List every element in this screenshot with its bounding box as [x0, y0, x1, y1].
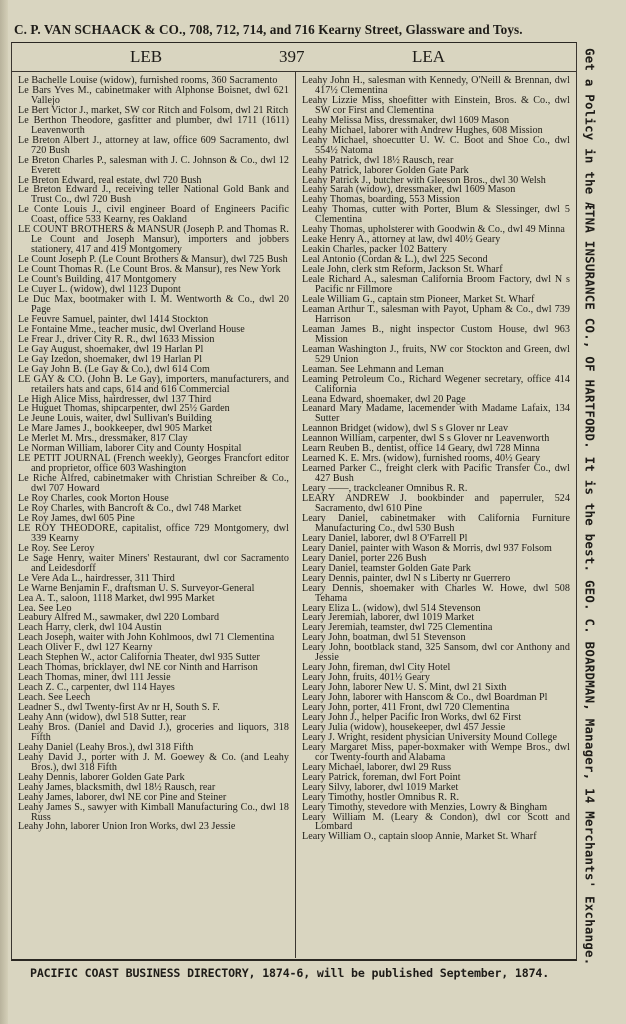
- directory-entry: Leaming Petroleum Co., Richard Wegener s…: [302, 375, 570, 395]
- directory-page-frame: LEB 397 LEA Le Bachelle Louise (widow), …: [11, 42, 577, 961]
- directory-entry: LE COUNT BROTHERS & MANSUR (Joseph P. an…: [18, 225, 289, 255]
- directory-entry: Leaman Arthur T., salesman with Payot, U…: [302, 305, 570, 325]
- directory-entry: Leaman Washington J., fruits, NW cor Sto…: [302, 345, 570, 365]
- right-guide-word: LEA: [412, 47, 445, 67]
- left-guide-word: LEB: [130, 47, 162, 67]
- directory-entry: Leary Dennis, shoemaker with Charles W. …: [302, 584, 570, 604]
- right-entry-list: Leahy John H., salesman with Kennedy, O'…: [296, 72, 576, 842]
- directory-entry: Le Conte Louis J., civil engineer Board …: [18, 205, 289, 225]
- page-number: 397: [279, 47, 305, 67]
- directory-entry: Leanard Mary Madame, lacemender with Mad…: [302, 404, 570, 424]
- directory-entry: Le Breton Charles P., salesman with J. C…: [18, 156, 289, 176]
- page-binding-edge: [0, 0, 8, 1024]
- directory-entry: Le Duc Max, bootmaker with I. M. Wentwor…: [18, 295, 289, 315]
- directory-entry: Leahy John H., salesman with Kennedy, O'…: [302, 76, 570, 96]
- side-advertisement-text: Get a Policy in the ÆTNA INSURANCE CO., …: [583, 48, 598, 958]
- directory-entry: Leary Margaret Miss, paper-boxmaker with…: [302, 743, 570, 763]
- directory-entry: Le Breton Edward J., receiving teller Na…: [18, 185, 289, 205]
- directory-entry: LE PETIT JOURNAL (French weekly), George…: [18, 454, 289, 474]
- directory-entry: Le Breton Albert J., attorney at law, of…: [18, 136, 289, 156]
- directory-entry: Leahy James S., sawyer with Kimball Manu…: [18, 803, 289, 823]
- directory-entry: Leale Richard A., salesman California Br…: [302, 275, 570, 295]
- directory-entry: Leahy Bros. (Daniel and David J.), groce…: [18, 723, 289, 743]
- side-advertisement: Get a Policy in the ÆTNA INSURANCE CO., …: [580, 48, 600, 958]
- directory-entry: Leahy Lizzie Miss, shoefitter with Einst…: [302, 96, 570, 116]
- directory-entry: Learned Parker C., freight clerk with Pa…: [302, 464, 570, 484]
- directory-entry: Le Sage Henry, waiter Miners' Restaurant…: [18, 554, 289, 574]
- directory-entry: Le Bars Yves M., cabinetmaker with Alpho…: [18, 86, 289, 106]
- directory-entry: LEARY ANDREW J. bookbinder and paperrule…: [302, 494, 570, 514]
- directory-entry: Leary William O., captain sloop Annie, M…: [302, 832, 570, 842]
- left-entry-list: Le Bachelle Louise (widow), furnished ro…: [12, 72, 295, 832]
- directory-entry: Le Berthon Theodore, gasfitter and plumb…: [18, 116, 289, 136]
- directory-entry: Leahy Thomas, cutter with Porter, Blum &…: [302, 205, 570, 225]
- bottom-advertisement-banner: PACIFIC COAST BUSINESS DIRECTORY, 1874-6…: [30, 966, 620, 980]
- directory-entry: Leahy David J., porter with J. M. Goewey…: [18, 753, 289, 773]
- top-advertisement-banner: C. P. VAN SCHAACK & CO., 708, 712, 714, …: [14, 22, 604, 38]
- directory-entry: Le Riche Alfred, cabinetmaker with Chris…: [18, 474, 289, 494]
- directory-entry: Leary John, bootblack stand, 325 Sansom,…: [302, 643, 570, 663]
- directory-entry: Leahy Michael, shoecutter U. W. C. Boot …: [302, 136, 570, 156]
- page-header: LEB 397 LEA: [12, 43, 576, 72]
- right-column: Leahy John H., salesman with Kennedy, O'…: [296, 72, 576, 958]
- directory-entry: Leahy John, laborer Union Iron Works, dw…: [18, 822, 289, 832]
- directory-entry: LE ROY THEODORE, capitalist, office 729 …: [18, 524, 289, 544]
- directory-entry: Leary William M. (Leary & Condon), dwl c…: [302, 813, 570, 833]
- directory-entry: Leary Daniel, cabinetmaker with Californ…: [302, 514, 570, 534]
- left-column: Le Bachelle Louise (widow), furnished ro…: [12, 72, 296, 958]
- directory-entry: LE GAY & CO. (John B. Le Gay), importers…: [18, 375, 289, 395]
- directory-entry: Leaman James B., night inspector Custom …: [302, 325, 570, 345]
